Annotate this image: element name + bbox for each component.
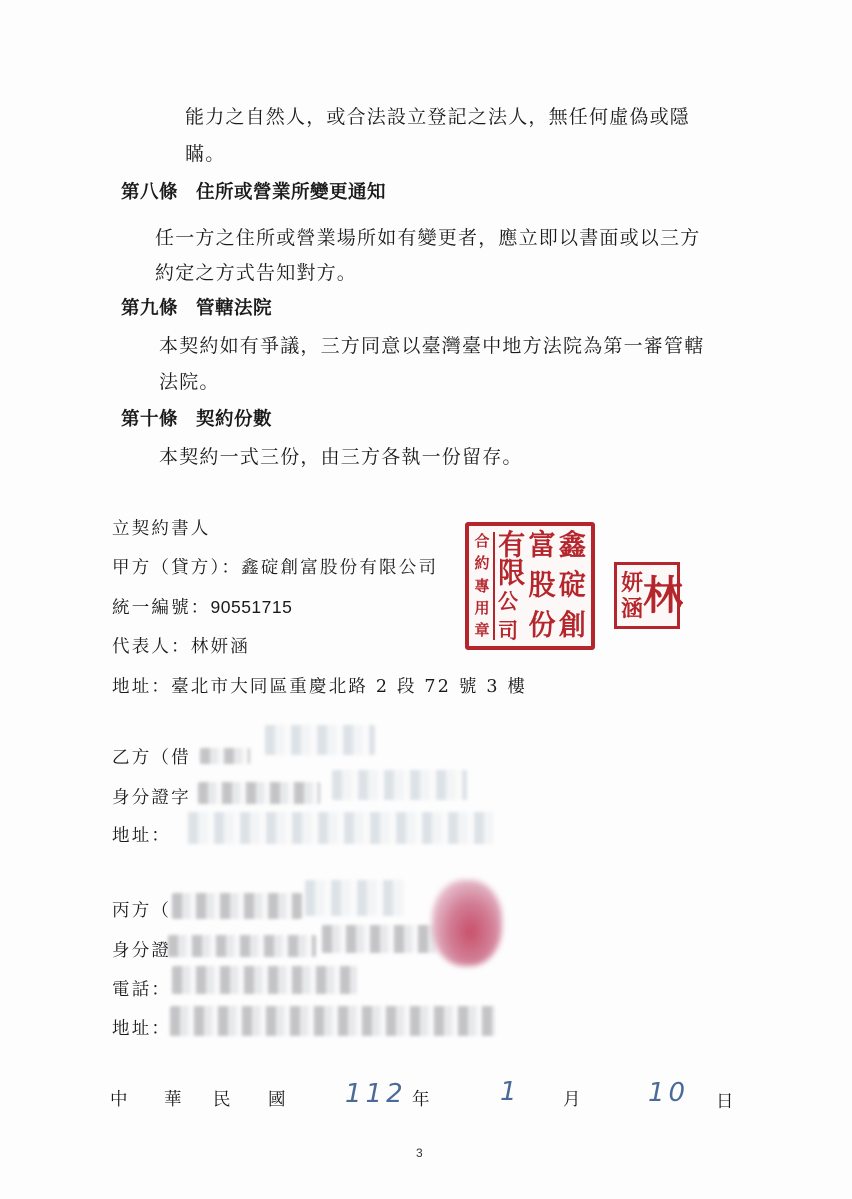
seal-char: 限: [498, 559, 525, 588]
seal-char: 碇: [559, 571, 586, 600]
company-seal-stamp: 鑫 碇 創 富 股 份 有 限 公司 合 約 專 用 章: [465, 522, 595, 650]
fingerprint-mark: [432, 880, 502, 966]
seal-side-char: 章: [475, 621, 490, 640]
personal-seal-stamp: 林 妍 涵: [614, 562, 680, 629]
redacted-block: [305, 880, 405, 916]
seal-surname: 林: [643, 570, 675, 622]
party-c-label: 丙方（: [112, 897, 171, 922]
address-label: 地址：: [112, 677, 171, 697]
redacted-block: [200, 748, 250, 764]
seal-side-char: 約: [475, 554, 490, 573]
article-9-body-line-1: 本契約如有爭議，三方同意以臺灣臺中地方法院為第一審管轄: [159, 331, 704, 358]
seal-char: 創: [559, 611, 586, 640]
redacted-block: [322, 925, 440, 953]
article-10-heading: 第十條契約份數: [121, 405, 272, 431]
party-c-phone-label: 電話：: [112, 976, 171, 1001]
seal-side-char: 用: [475, 599, 490, 618]
party-a-line: 甲方（貸方）：鑫碇創富股份有限公司: [112, 554, 438, 579]
party-c-id-label: 身分證: [112, 937, 171, 962]
seal-char: 涵: [621, 596, 643, 622]
article-8-body-line-2: 約定之方式告知對方。: [155, 258, 357, 285]
tax-id-label: 統一編號：: [112, 598, 211, 618]
month-unit: 月: [563, 1086, 581, 1111]
article-9-body-line-2: 法院。: [159, 367, 220, 394]
redacted-block: [188, 812, 493, 844]
article-9-title: 管轄法院: [196, 298, 272, 319]
day-unit: 日: [716, 1088, 734, 1113]
handwritten-day: 10: [648, 1078, 689, 1108]
article-10-number: 第十條: [121, 409, 178, 430]
article-10-body-line-1: 本契約一式三份，由三方各執一份留存。: [159, 442, 523, 469]
seal-column-3: 有 限 公司: [498, 532, 525, 640]
rep-name: 林妍涵: [191, 637, 250, 657]
redacted-block: [332, 770, 467, 800]
seal-char: 股: [529, 571, 556, 600]
date-char-hua: 華: [164, 1086, 182, 1111]
signatories-header: 立契約書人: [112, 515, 211, 540]
seal-side-column: 合 約 專 用 章: [473, 532, 495, 640]
seal-char: 份: [529, 611, 556, 640]
redacted-block: [198, 782, 320, 804]
seal-side-char: 專: [475, 577, 490, 596]
page-number: 3: [416, 1146, 423, 1160]
article-8-heading: 第八條住所或營業所變更通知: [121, 178, 386, 204]
date-char-min: 民: [213, 1086, 231, 1111]
continued-text-line-2: 瞞。: [185, 139, 225, 166]
party-b-label: 乙方（借: [112, 744, 191, 769]
redacted-block: [265, 725, 375, 755]
party-a-address-line: 地址：臺北市大同區重慶北路 2 段 72 號 3 樓: [112, 673, 527, 698]
article-8-number: 第八條: [121, 182, 178, 203]
handwritten-year: 112: [345, 1079, 407, 1109]
party-b-id-label: 身分證字: [112, 784, 191, 809]
article-8-title: 住所或營業所變更通知: [196, 182, 386, 203]
party-a-name: 鑫碇創富股份有限公司: [241, 558, 438, 578]
seal-given-name: 妍 涵: [621, 570, 643, 622]
seal-char: 妍: [621, 570, 643, 596]
party-c-address-label: 地址：: [112, 1015, 171, 1040]
seal-char: 鑫: [559, 531, 586, 560]
redacted-block: [170, 1006, 495, 1036]
continued-text-line-1: 能力之自然人，或合法設立登記之法人，無任何虛偽或隱: [185, 102, 690, 129]
party-a-rep-line: 代表人：林妍涵: [112, 633, 250, 658]
seal-column-2: 富 股 份: [528, 532, 555, 640]
seal-column-1: 鑫 碇 創: [559, 532, 586, 640]
seal-side-char: 合: [475, 532, 490, 551]
year-unit: 年: [412, 1086, 430, 1111]
article-10-title: 契約份數: [196, 409, 272, 430]
article-8-body-line-1: 任一方之住所或營業場所如有變更者，應立即以書面或以三方: [155, 223, 700, 250]
date-char-guo: 國: [268, 1086, 286, 1111]
tax-id-value: 90551715: [211, 597, 293, 617]
seal-char: 富: [529, 531, 556, 560]
handwritten-month: 1: [500, 1077, 521, 1107]
redacted-block: [172, 893, 302, 919]
redacted-block: [172, 966, 357, 994]
article-9-number: 第九條: [121, 298, 178, 319]
date-char-zhong: 中: [110, 1086, 128, 1111]
seal-char: 公司: [498, 587, 525, 646]
article-9-heading: 第九條管轄法院: [121, 294, 272, 320]
party-a-label: 甲方（貸方）：: [112, 558, 241, 578]
address-value: 臺北市大同區重慶北路 2 段 72 號 3 樓: [171, 677, 527, 697]
party-a-tax-id-line: 統一編號：90551715: [112, 594, 292, 619]
redacted-block: [168, 935, 316, 957]
party-b-address-label: 地址：: [112, 822, 171, 847]
rep-label: 代表人：: [112, 637, 191, 657]
